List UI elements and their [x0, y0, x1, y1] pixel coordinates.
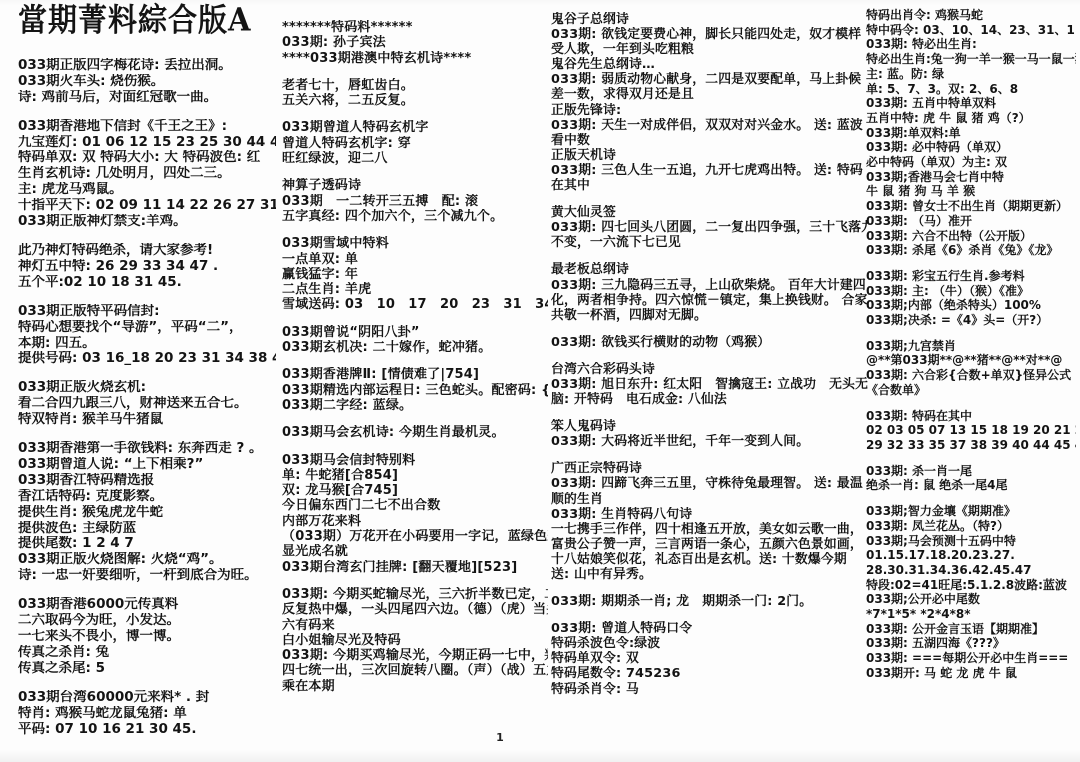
text-block: 033期: 欲钱买行横财的动物（鸡猴）	[551, 335, 869, 350]
text-line: 一七携手三作伴，四十相逢五开放，美女如云歌一曲，	[551, 522, 869, 537]
text-line: 主: 虎龙马鸡鼠。	[18, 182, 276, 198]
text-line: 诗: 一忠一奸要细听，一杆到底合为旺。	[18, 568, 276, 584]
text-line: 神灯五中特: 26 29 33 34 47 .	[18, 259, 276, 275]
text-line: 五肖中特: 虎 牛 鼠 猪 鸡（?）	[866, 111, 1076, 126]
text-line: 双: 龙马猴[合745]	[282, 483, 548, 498]
text-block: 033期;九宫禁肖@**第033期**@**猪**@**对**@033期: 六合…	[866, 339, 1076, 398]
text-line: 正版天机诗	[551, 148, 869, 163]
text-line: 033期正版火烧玄机:	[18, 380, 276, 396]
text-line: 特码杀波色令:绿波	[551, 636, 869, 651]
text-line: 白小姐输尽光及特码	[282, 633, 548, 648]
text-line: 033期;决杀: =《4》头=（开?）	[866, 313, 1076, 328]
text-block: 033期曾道人特码玄机字曾道人特码玄机字: 穿旺红绿波，迎二八	[282, 120, 548, 166]
text-block: 033期: 杀一肖一尾绝杀一肖: 鼠 绝杀一尾4尾	[866, 464, 1076, 493]
text-line: 033期;香港马会七肖中特	[866, 170, 1076, 185]
text-block: 033期正版四字梅花诗: 丢拉出洞。033期火车头: 烧伤猴。诗: 鸡前马后，对…	[18, 58, 276, 106]
column-4-blocks: 特码出肖令: 鸡猴马蛇特中码令: 03、10、14、23、31、11、41、25…	[866, 8, 1076, 681]
text-line: 显光成名就	[282, 544, 548, 559]
column-3: 鬼谷子总纲诗033期: 欲钱定要费心神，脚长只能四处走，奴才模样受人欺，一年到头…	[551, 12, 869, 709]
text-line: 033期马会信封特别料	[282, 453, 548, 468]
page-number: 1	[492, 731, 508, 744]
text-line: 今日偏东西门二七不出合数	[282, 498, 548, 513]
column-2: *******特码料******033期: 孙子宾法****033期港澳中特玄机…	[282, 20, 548, 706]
text-line: 单: 牛蛇猪[合854]	[282, 468, 548, 483]
text-line: 看中数	[551, 133, 869, 148]
text-line: 033期: 大码将近半世纪，千年一变到人间。	[551, 434, 869, 449]
text-block: *******特码料******033期: 孙子宾法****033期港澳中特玄机…	[282, 20, 548, 66]
text-line: 老者七十，唇虹齿白。	[282, 78, 548, 93]
text-line: 033期二字经: 蓝绿。	[282, 398, 548, 413]
column-3-blocks: 鬼谷子总纲诗033期: 欲钱定要费心神，脚长只能四处走，奴才模样受人欺，一年到头…	[551, 12, 869, 697]
text-line: 033期香江特码精选报	[18, 473, 276, 489]
text-line: 传真之杀尾: 5	[18, 661, 276, 677]
text-line: 033期: 六合彩{合数+单双}怪异公式	[866, 368, 1076, 383]
text-line: 单: 5、7、3。双: 2、6、8	[866, 82, 1076, 97]
text-line: （033期）万花开在小码要用一字记，蓝绿色彩尽	[282, 529, 548, 544]
text-line: 台湾六合彩码头诗	[551, 362, 869, 377]
text-block: 033期香港6000元传真料二六取码今为旺，小发达。一七来头不畏小，博一博。传真…	[18, 597, 276, 677]
text-line: 生肖玄机诗: 几处明月，四处二三。	[18, 166, 276, 182]
text-block: 老者七十，唇虹齿白。五关六将，二五反复。	[282, 78, 548, 109]
text-line: 赢钱猛字: 年	[282, 267, 548, 282]
text-line: 香江话特码: 克度影察。	[18, 489, 276, 505]
text-line: 一点单双: 单	[282, 252, 548, 267]
text-line: 特肖: 鸡猴马蛇龙鼠兔猪: 单	[18, 706, 276, 722]
text-line: 033期: 曾道人特码口令	[551, 621, 869, 636]
text-line: 033期: 特码在其中	[866, 409, 1076, 424]
text-block: 笨人鬼码诗033期: 大码将近半世纪，千年一变到人间。	[551, 419, 869, 449]
text-line: 笨人鬼码诗	[551, 419, 869, 434]
text-line: 033期: ===每期公开必中生肖===	[866, 651, 1076, 666]
text-line: 033期: 杀一肖一尾	[866, 464, 1076, 479]
text-block: 033期: 期期杀一肖; 龙 期期杀一门: 2门。	[551, 594, 869, 609]
text-line: 本期: 四五。	[18, 336, 276, 352]
text-line: 提供波色: 主绿防蓝	[18, 521, 276, 537]
text-line: 四七统一出，三次回旋转八圈。（声）（战）五九相	[282, 663, 548, 678]
text-line: 鬼谷先生总纲诗…	[551, 57, 869, 72]
text-line: @**第033期**@**猪**@**对**@	[866, 353, 1076, 368]
text-line: 033期: （马）准开	[866, 214, 1076, 229]
text-line: 提供号码: 03 16_18 20 23 31 34 38 41 42。	[18, 351, 276, 367]
text-line: 033期;九宫禁肖	[866, 339, 1076, 354]
text-line: 033期: 凤兰花丛。（特?）	[866, 519, 1076, 534]
text-line: 十指平天下: 02 09 11 14 22 26 27 31 32 48。	[18, 198, 276, 214]
text-line: 033期: 生肖特码八句诗	[551, 507, 869, 522]
text-line: 033期: 旭日东升: 红太阳 智擒寇王: 立战功 无头无	[551, 377, 869, 392]
text-line: 富贵公子赞一声，三言两语一条心，五颜六色景如画，	[551, 537, 869, 552]
text-line: 033期香港6000元传真料	[18, 597, 276, 613]
text-line: 033期: 孙子宾法	[282, 35, 548, 50]
text-line: 28.30.31.34.36.42.45.47	[866, 563, 1076, 578]
text-line: 特码单双令: 双	[551, 651, 869, 666]
text-line: 不变，一六流下七已见	[551, 235, 869, 250]
text-line: 033期正版神灯禁支:羊鸡。	[18, 214, 276, 230]
text-line: 033期香港第一手欲钱料: 东奔西走 ? 。	[18, 441, 276, 457]
text-block: 033期;智力金壤《期期准》033期: 凤兰花丛。（特?）033期;马会预测十五…	[866, 504, 1076, 680]
text-line: 033期正版特平码信封:	[18, 304, 276, 320]
text-line: 在其中	[551, 178, 869, 193]
text-line: 特码心想要找个“导游”，平码“二”，	[18, 320, 276, 336]
page-title: 當期菁料綜合版A	[18, 12, 276, 29]
text-block: 033期: 特码在其中02 03 05 07 13 15 18 19 20 21…	[866, 409, 1076, 453]
column-1-blocks: 033期正版四字梅花诗: 丢拉出洞。033期火车头: 烧伤猴。诗: 鸡前马后，对…	[18, 58, 276, 738]
text-line: 033期精选内部运程日: 三色蛇头。配密码: {032}	[282, 383, 548, 398]
text-block: 台湾六合彩码头诗033期: 旭日东升: 红太阳 智擒寇王: 立战功 无头无脑: …	[551, 362, 869, 407]
text-block: 033期香港牌Ⅱ: [情债难了|754]033期精选内部运程日: 三色蛇头。配密…	[282, 367, 548, 413]
text-line: 特码尾数令: 745236	[551, 666, 869, 681]
text-line: 033期: 天生一对成伴侣，双双对对兴金水。 送: 蓝波	[551, 118, 869, 133]
text-line: 特码出肖令: 鸡猴马蛇	[866, 8, 1076, 23]
text-line: 033期正版四字梅花诗: 丢拉出洞。	[18, 58, 276, 74]
text-line: 033期 一二转开三五搏 配: 滚	[282, 194, 548, 209]
text-line: 顺的生肖	[551, 492, 869, 507]
text-line: 特必出生肖:兔一狗一羊一猴一马一鼠一猪 。	[866, 52, 1076, 67]
text-line: 033期台湾玄门挂牌: [翻天覆地][523]	[282, 560, 548, 575]
text-line: 五个平:02 10 18 31 45.	[18, 275, 276, 291]
text-line: 033期: 欲钱定要费心神，脚长只能四处走，奴才模样	[551, 27, 869, 42]
text-line: 02 03 05 07 13 15 18 19 20 21 24 26	[866, 423, 1076, 438]
column-1: 當期菁料綜合版A 033期正版四字梅花诗: 丢拉出洞。033期火车头: 烧伤猴。…	[18, 12, 276, 750]
text-line: 033期曾道人特码玄机字	[282, 120, 548, 135]
text-line: 033期: 五湖四海《???》	[866, 636, 1076, 651]
text-line: 九宝莲灯: 01 06 12 15 23 25 30 44 47。	[18, 135, 276, 151]
text-line: 绝杀一肖: 鼠 绝杀一尾4尾	[866, 478, 1076, 493]
text-line: 033期曾道人说: “上下相乘?”	[18, 457, 276, 473]
text-line: 共敬一杯酒，四脚对无脚。	[551, 308, 869, 323]
text-line: 雪域送码: 03 10 17 20 23 31 34 45	[282, 297, 548, 312]
text-line: 神算子透码诗	[282, 178, 548, 193]
text-block: 033期马会信封特别料单: 牛蛇猪[合854]双: 龙马猴[合745]今日偏东西…	[282, 453, 548, 575]
text-block: 鬼谷子总纲诗033期: 欲钱定要费心神，脚长只能四处走，奴才模样受人欺，一年到头…	[551, 12, 869, 193]
text-line: 最老板总纲诗	[551, 262, 869, 277]
text-line: 033期香港地下信封《千王之王》:	[18, 119, 276, 135]
text-line: 鬼谷子总纲诗	[551, 12, 869, 27]
text-line: 平码: 07 10 16 21 30 45.	[18, 722, 276, 738]
text-line: 提供尾数: 1 2 4 7	[18, 536, 276, 552]
text-block: 神算子透码诗033期 一二转开三五搏 配: 滚五字真经: 四个加六个，三个减九个…	[282, 178, 548, 224]
text-block: 033期台湾60000元来料* . 封特肖: 鸡猴马蛇龙鼠兔猪: 单平码: 07…	[18, 690, 276, 738]
text-block: 033期: 曾道人特码口令特码杀波色令:绿波特码单双令: 双特码尾数令: 745…	[551, 621, 869, 696]
text-line: 033期: 四七回头八团圆，二一复出四争强，三十飞落九	[551, 220, 869, 235]
tip-sheet-page: 當期菁料綜合版A 033期正版四字梅花诗: 丢拉出洞。033期火车头: 烧伤猴。…	[0, 0, 1080, 762]
text-line: 033期:单双料:单	[866, 126, 1076, 141]
text-line: *******特码料******	[282, 20, 548, 35]
text-line: 特码杀肖令: 马	[551, 682, 869, 697]
text-block: 033期正版火烧玄机:看二合四九跟三八，财神送来五合七。特双特肖: 猴羊马牛猪鼠	[18, 380, 276, 428]
text-line: 033期: 主: （牛）（猴）《准》	[866, 284, 1076, 299]
text-line: 033期: 杀尾《6》杀肖《兔》《龙》	[866, 243, 1076, 258]
text-line: 黄大仙灵签	[551, 205, 869, 220]
text-line: 主: 蓝。防: 绿	[866, 67, 1076, 82]
text-line: 化，两者相争持。四六惊慌－镇定，集上换钱财。 合家	[551, 293, 869, 308]
text-line: 033期正版火烧图解: 火烧“鸡”。	[18, 552, 276, 568]
text-line: 特码单双: 双 特码大小: 大 特码波色: 红	[18, 150, 276, 166]
text-block: 033期: 今期买蛇输尽光，三六折半数已定，二五反复热中爆，一头四尾四六边。（德…	[282, 587, 548, 694]
text-block: 最老板总纲诗033期: 三九隐码三五寻，上山砍柴烧。 百年大计建四化，两者相争持…	[551, 262, 869, 322]
text-line: 送: 山中有异秀。	[551, 567, 869, 582]
text-line: 033期: 四蹄飞奔三五里，守株待兔最理智。 送: 最温	[551, 476, 869, 491]
text-line: 五字真经: 四个加六个，三个减九个。	[282, 209, 548, 224]
text-line: 033期马会玄机诗: 今期生肖最机灵。	[282, 425, 548, 440]
text-line: 广西正宗特码诗	[551, 461, 869, 476]
text-line: 033期;内部（绝杀特头）100%	[866, 298, 1076, 313]
text-line: 033期火车头: 烧伤猴。	[18, 74, 276, 90]
text-line: 差一数，求得双月还是且	[551, 87, 869, 102]
text-block: 特码出肖令: 鸡猴马蛇特中码令: 03、10、14、23、31、11、41、25…	[866, 8, 1076, 258]
text-line: 旺红绿波，迎二八	[282, 151, 548, 166]
text-line: 033期: 弱质动物心献身，二四是双要配单，马上卦候	[551, 72, 869, 87]
text-line: 特段:02=41旺尾:5.1.2.8波路:蓝波	[866, 578, 1076, 593]
text-block: 033期曾说“阴阳八卦”033期玄机决: 二十嫁作，蛇冲猪。	[282, 325, 548, 356]
text-line: 033期: 必中特码（单双）	[866, 140, 1076, 155]
text-block: 033期香港地下信封《千王之王》:九宝莲灯: 01 06 12 15 23 25…	[18, 119, 276, 230]
text-line: 033期: 期期杀一肖; 龙 期期杀一门: 2门。	[551, 594, 869, 609]
text-line: 033期: 彩宝五行生肖.参考料	[866, 269, 1076, 284]
text-line: 二六取码今为旺，小发达。	[18, 613, 276, 629]
text-block: 033期: 彩宝五行生肖.参考料033期: 主: （牛）（猴）《准》033期;内…	[866, 269, 1076, 328]
text-line: 诗: 鸡前马后，对面红冠歌一曲。	[18, 90, 276, 106]
text-line: 脑: 开特码 电石成金: 八仙法	[551, 392, 869, 407]
text-line: 十八姑娘笑似花，礼态百出是玄机。送: 十数爆今期	[551, 552, 869, 567]
text-line: 二点生肖: 羊虎	[282, 282, 548, 297]
text-line: 曾道人特码玄机字: 穿	[282, 136, 548, 151]
text-line: 牛 鼠 猪 狗 马 羊 猴	[866, 184, 1076, 199]
text-line: 033期: 曾女士不出生肖（期期更新）	[866, 199, 1076, 214]
text-line: 此乃神灯特码绝杀，请大家参考!	[18, 243, 276, 259]
text-line: 提供生肖: 猴兔虎龙牛蛇	[18, 505, 276, 521]
text-line: 《合数单》	[866, 383, 1076, 398]
text-line: 29 32 33 35 37 38 39 40 44 45 46 47	[866, 438, 1076, 453]
text-line: 033期曾说“阴阳八卦”	[282, 325, 548, 340]
text-line: 内部万花来料	[282, 514, 548, 529]
text-block: 广西正宗特码诗033期: 四蹄飞奔三五里，守株待兔最理智。 送: 最温顺的生肖0…	[551, 461, 869, 582]
text-line: 033期雪域中特料	[282, 236, 548, 251]
text-line: 033期开: 马 蛇 龙 虎 牛 鼠	[866, 666, 1076, 681]
text-line: 五关六将，二五反复。	[282, 93, 548, 108]
text-line: 必中特码（单双）为主: 双	[866, 155, 1076, 170]
text-block: 033期马会玄机诗: 今期生肖最机灵。	[282, 425, 548, 440]
text-line: 六有码来	[282, 618, 548, 633]
text-line: 01.15.17.18.20.23.27.	[866, 548, 1076, 563]
text-line: 看二合四九跟三八，财神送来五合七。	[18, 396, 276, 412]
text-line: 传真之杀肖: 兔	[18, 645, 276, 661]
text-line: 033期;马会预测十五码中特	[866, 534, 1076, 549]
text-line: 特双特肖: 猴羊马牛猪鼠	[18, 412, 276, 428]
text-line: 033期: 三九隐码三五寻，上山砍柴烧。 百年大计建四	[551, 278, 869, 293]
text-line: 乘在本期	[282, 679, 548, 694]
column-4: 特码出肖令: 鸡猴马蛇特中码令: 03、10、14、23、31、11、41、25…	[866, 8, 1076, 692]
text-line: 033期: 今期买蛇输尽光，三六折半数已定，二五	[282, 587, 548, 602]
text-line: 特中码令: 03、10、14、23、31、11、41、25、	[866, 23, 1076, 38]
text-block: 黄大仙灵签033期: 四七回头八团圆，二一复出四争强，三十飞落九不变，一六流下七…	[551, 205, 869, 250]
text-line: 033期香港牌Ⅱ: [情债难了|754]	[282, 367, 548, 382]
text-line: *7*1*5* *2*4*8*	[866, 607, 1076, 622]
text-line: 反复热中爆，一头四尾四六边。（德）（虎）当头四	[282, 602, 548, 617]
text-block: 此乃神灯特码绝杀，请大家参考!神灯五中特: 26 29 33 34 47 .五个…	[18, 243, 276, 291]
text-line: 033期: 六合不出特（公开版）	[866, 229, 1076, 244]
text-line: 一七来头不畏小，博一博。	[18, 629, 276, 645]
text-line: 033期玄机决: 二十嫁作，蛇冲猪。	[282, 340, 548, 355]
text-line: 033期: 五肖中特单双料	[866, 96, 1076, 111]
text-line: ****033期港澳中特玄机诗****	[282, 51, 548, 66]
text-line: 033期台湾60000元来料* . 封	[18, 690, 276, 706]
text-line: 033期: 今期买鸡输尽光，今期正码一七中，判定	[282, 648, 548, 663]
text-line: 受人欺，一年到头吃粗粮	[551, 42, 869, 57]
text-line: 033期;智力金壤《期期准》	[866, 504, 1076, 519]
text-line: 033期: 三色人生一五追，九开七虎鸡出特。 送: 特码	[551, 163, 869, 178]
text-line: 033期;公开必中尾数	[866, 592, 1076, 607]
text-block: 033期正版特平码信封:特码心想要找个“导游”，平码“二”，本期: 四五。提供号…	[18, 304, 276, 368]
text-line: 正版先锋诗:	[551, 103, 869, 118]
text-block: 033期雪域中特料一点单双: 单赢钱猛字: 年二点生肖: 羊虎雪域送码: 03 …	[282, 236, 548, 312]
text-block: 033期香港第一手欲钱料: 东奔西走 ? 。033期曾道人说: “上下相乘?”0…	[18, 441, 276, 584]
text-line: 033期: 特必出生肖:	[866, 37, 1076, 52]
column-2-blocks: *******特码料******033期: 孙子宾法****033期港澳中特玄机…	[282, 20, 548, 694]
text-line: 033期: 欲钱买行横财的动物（鸡猴）	[551, 335, 869, 350]
text-line: 033期: 公开金言玉语【期期准】	[866, 622, 1076, 637]
